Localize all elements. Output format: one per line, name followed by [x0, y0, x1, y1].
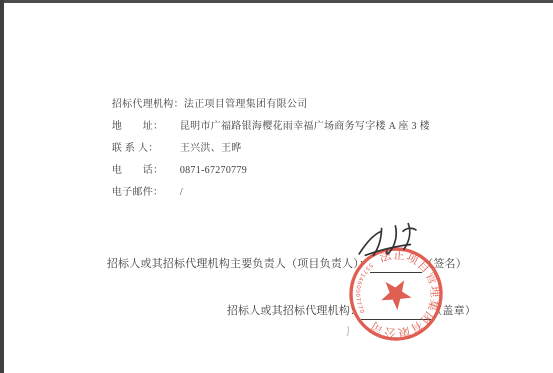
principal-suffix: （签名） [422, 258, 467, 270]
phone-value: 0871-67270779 [180, 165, 247, 176]
page-edge-left [0, 0, 4, 373]
principal-label: 招标人或其招标代理机构主要负责人（项目负责人）： [107, 258, 370, 270]
phone-label: 电 话： [112, 160, 164, 182]
email-value: / [180, 187, 183, 198]
org-suffix: （盖章） [431, 305, 476, 317]
info-row-agency: 招标代理机构：法正项目管理集团有限公司 [95, 72, 430, 94]
page-edge-top [0, 0, 553, 3]
email-label: 电子邮件： [112, 182, 164, 204]
agency-value: 法正项目管理集团有限公司 [184, 99, 308, 110]
contact-value: 王兴洪、王晔 [180, 143, 242, 154]
stamp-underline [361, 306, 431, 320]
org-label: 招标人或其招标代理机构： [227, 305, 361, 317]
agency-info-block: 招标代理机构：法正项目管理集团有限公司 地 址：昆明市广福路银海樱花雨幸福广场商… [95, 72, 430, 182]
address-value: 昆明市广福路银海樱花雨幸福广场商务写字楼 A 座 3 楼 [180, 121, 430, 132]
agency-label: 招标代理机构： [112, 94, 184, 116]
document-page: 招标代理机构：法正项目管理集团有限公司 地 址：昆明市广福路银海樱花雨幸福广场商… [0, 0, 553, 373]
contact-label: 联 系 人： [112, 138, 164, 160]
address-label: 地 址： [112, 116, 164, 138]
stray-mark [344, 325, 352, 337]
